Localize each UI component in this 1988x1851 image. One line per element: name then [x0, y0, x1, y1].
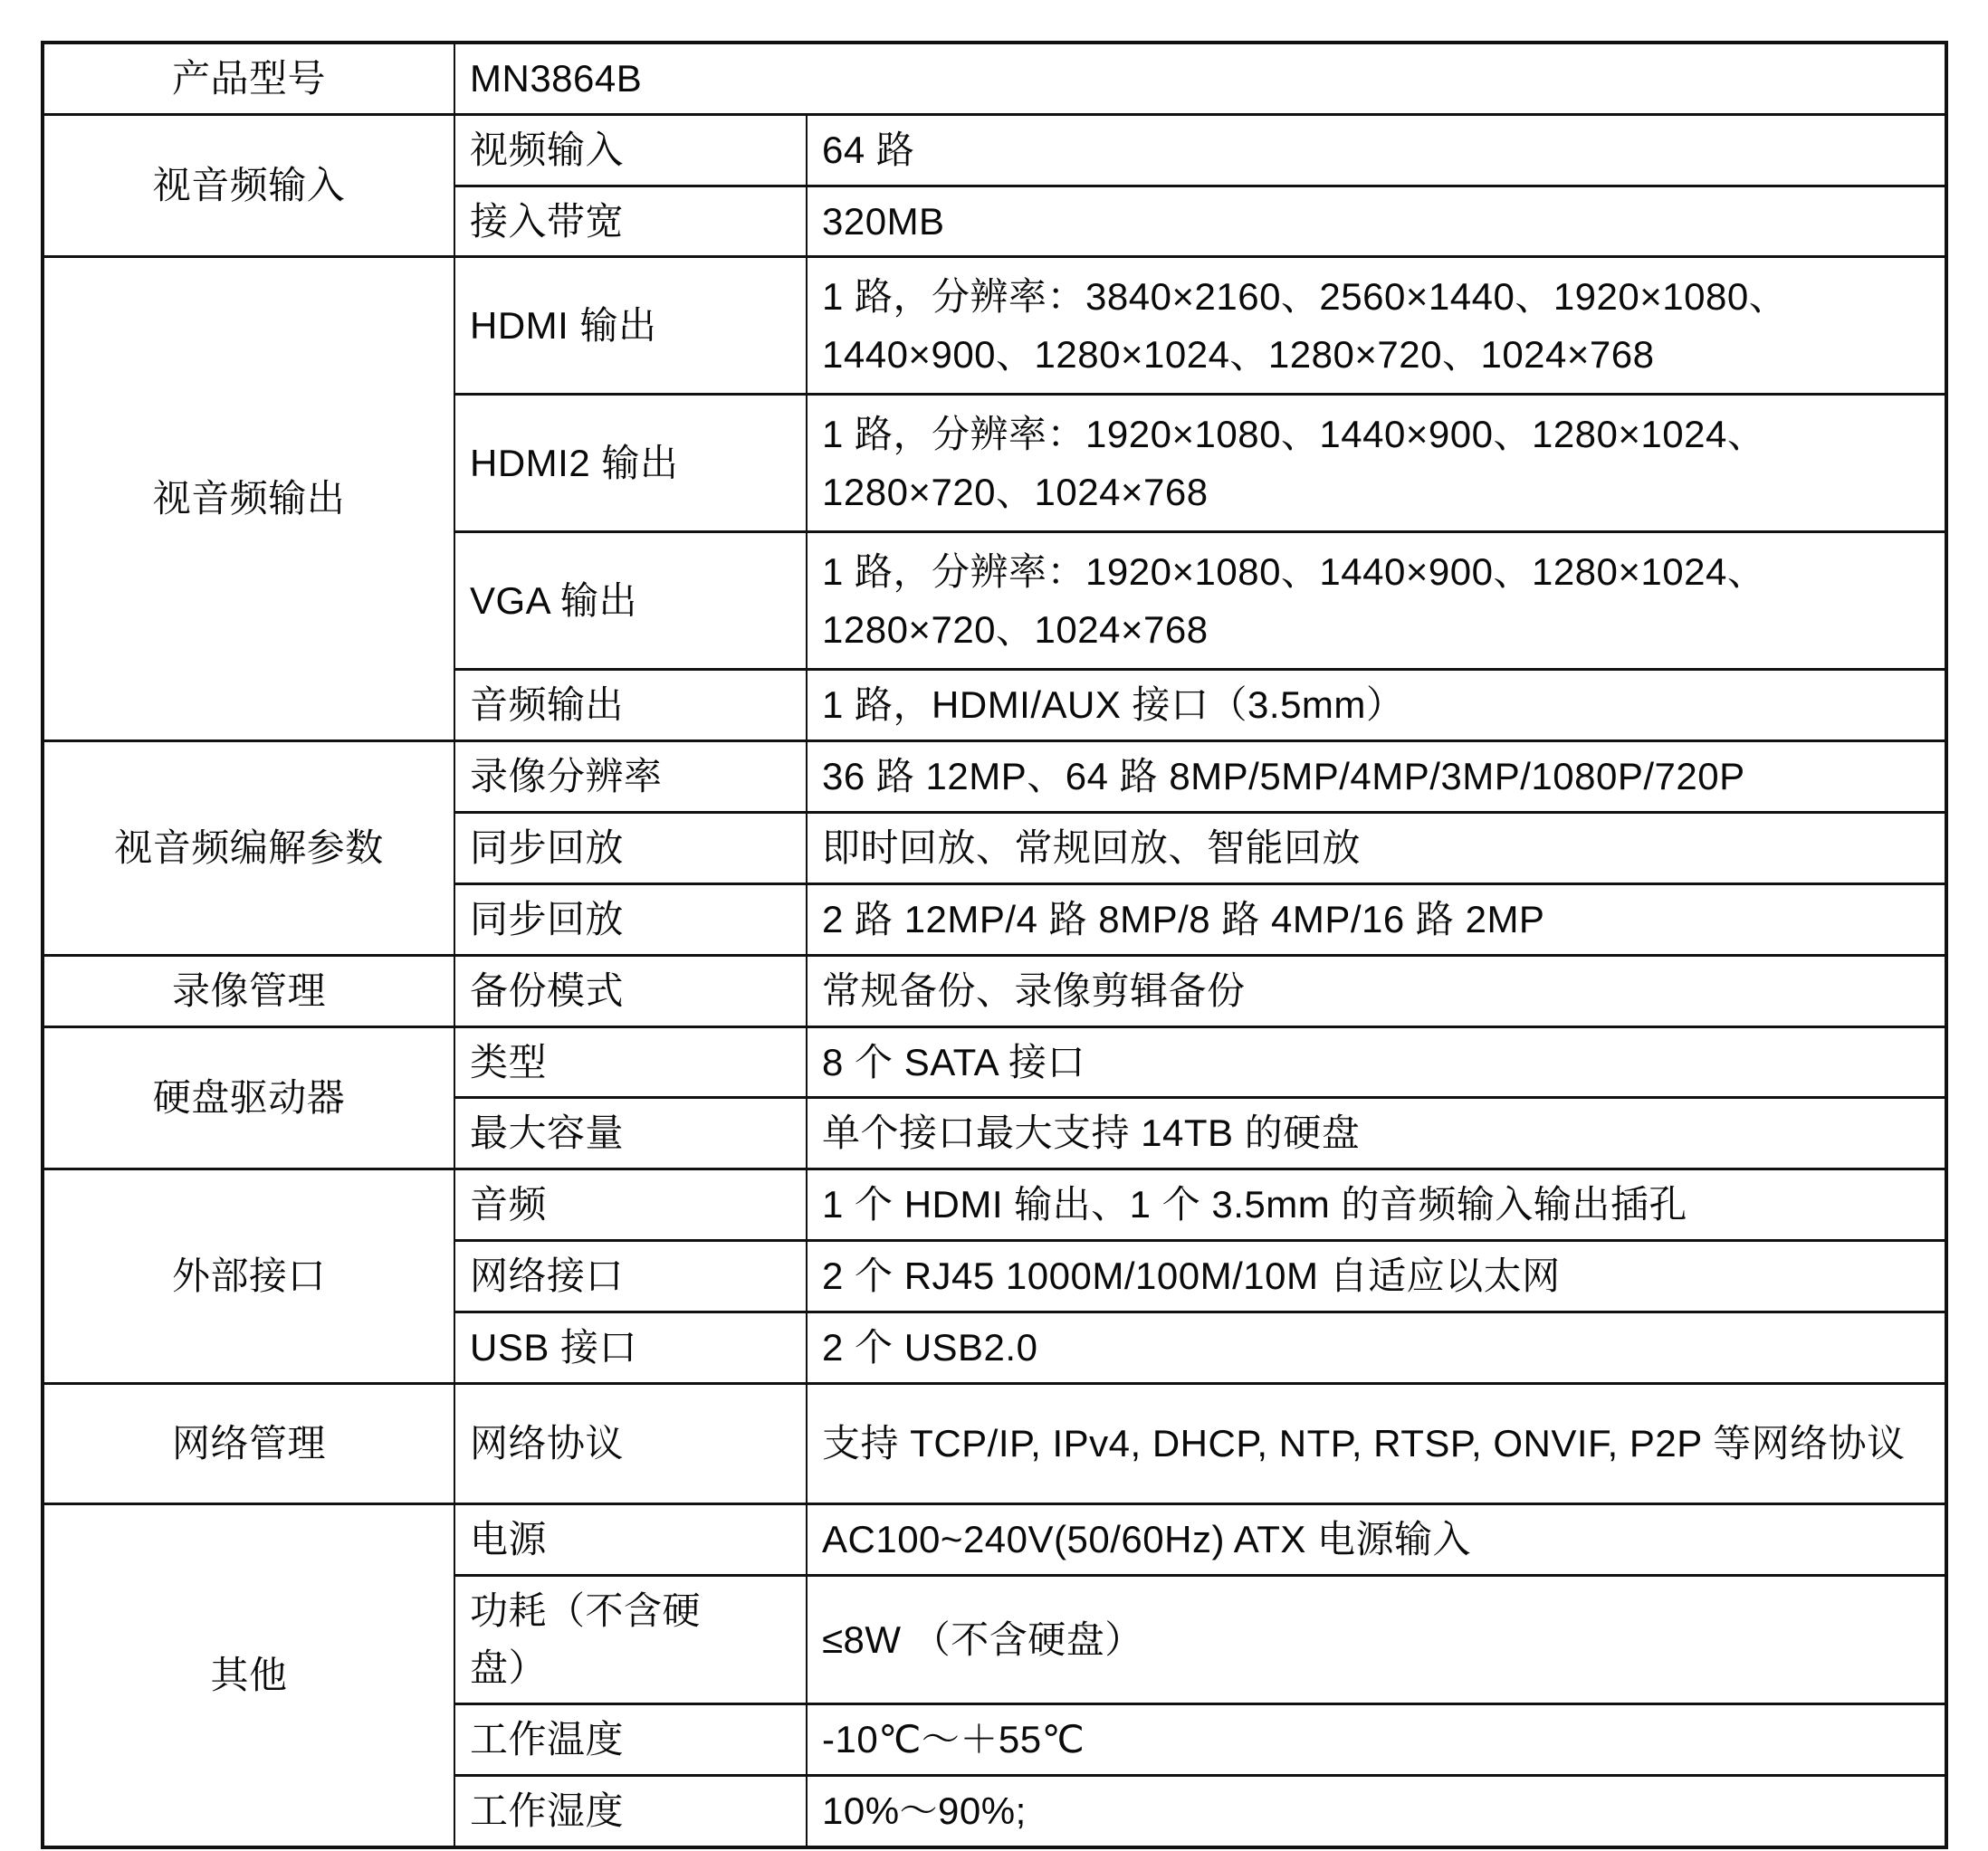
- spec-sheet: 产品型号 MN3864B 视音频输入 视频输入 64 路 接入带宽 320MB …: [41, 41, 1945, 1849]
- category-cell: 硬盘驱动器: [43, 1026, 454, 1169]
- spec-label-cell: 工作温度: [454, 1704, 807, 1776]
- category-cell: 其他: [43, 1503, 454, 1847]
- category-cell: 视音频输入: [43, 114, 454, 257]
- table-row: 网络管理 网络协议 支持 TCP/IP, IPv4, DHCP, NTP, RT…: [43, 1383, 1946, 1503]
- spec-value-cell: 10%～90%;: [807, 1776, 1946, 1847]
- spec-value-cell: 单个接口最大支持 14TB 的硬盘: [807, 1098, 1946, 1169]
- spec-label-cell: 工作湿度: [454, 1776, 807, 1847]
- category-cell: 外部接口: [43, 1169, 454, 1383]
- spec-value-cell: -10℃～＋55℃: [807, 1704, 1946, 1776]
- spec-label-cell: 网络协议: [454, 1383, 807, 1503]
- table-row: 硬盘驱动器 类型 8 个 SATA 接口: [43, 1026, 1946, 1098]
- spec-label-cell: 音频: [454, 1169, 807, 1241]
- category-cell: 网络管理: [43, 1383, 454, 1503]
- spec-label-cell: 音频输出: [454, 670, 807, 741]
- spec-label-cell: 电源: [454, 1503, 807, 1575]
- table-row: 录像管理 备份模式 常规备份、录像剪辑备份: [43, 955, 1946, 1026]
- spec-value-cell: ≤8W （不含硬盘）: [807, 1575, 1946, 1704]
- spec-value-cell: 2 个 RJ45 1000M/100M/10M 自适应以太网: [807, 1241, 1946, 1312]
- spec-label-cell: VGA 输出: [454, 532, 807, 670]
- spec-value-cell: 320MB: [807, 186, 1946, 257]
- spec-value-cell: 36 路 12MP、64 路 8MP/5MP/4MP/3MP/1080P/720…: [807, 741, 1946, 813]
- spec-value-cell: 1 路，HDMI/AUX 接口（3.5mm）: [807, 670, 1946, 741]
- spec-label-cell: 视频输入: [454, 114, 807, 186]
- table-row: 产品型号 MN3864B: [43, 43, 1946, 114]
- spec-value-cell: 8 个 SATA 接口: [807, 1026, 1946, 1098]
- spec-value-cell: 1 个 HDMI 输出、1 个 3.5mm 的音频输入输出插孔: [807, 1169, 1946, 1241]
- spec-label-cell: 录像分辨率: [454, 741, 807, 813]
- spec-value-cell: 1 路，分辨率：1920×1080、1440×900、1280×1024、128…: [807, 532, 1946, 670]
- table-row: 外部接口 音频 1 个 HDMI 输出、1 个 3.5mm 的音频输入输出插孔: [43, 1169, 1946, 1241]
- spec-label-cell: 最大容量: [454, 1098, 807, 1169]
- spec-table: 产品型号 MN3864B 视音频输入 视频输入 64 路 接入带宽 320MB …: [41, 41, 1948, 1849]
- spec-label-cell: 功耗（不含硬 盘）: [454, 1575, 807, 1704]
- spec-value-cell: AC100~240V(50/60Hz) ATX 电源输入: [807, 1503, 1946, 1575]
- spec-label-cell: 备份模式: [454, 955, 807, 1026]
- table-row: 视音频输出 HDMI 输出 1 路，分辨率：3840×2160、2560×144…: [43, 257, 1946, 395]
- spec-value-cell: 支持 TCP/IP, IPv4, DHCP, NTP, RTSP, ONVIF,…: [807, 1383, 1946, 1503]
- spec-label-cell: USB 接口: [454, 1312, 807, 1383]
- table-row: 其他 电源 AC100~240V(50/60Hz) ATX 电源输入: [43, 1503, 1946, 1575]
- spec-label-cell: HDMI2 输出: [454, 395, 807, 532]
- spec-value-cell: 2 个 USB2.0: [807, 1312, 1946, 1383]
- category-cell: 视音频输出: [43, 257, 454, 741]
- category-cell: 录像管理: [43, 955, 454, 1026]
- spec-label-cell: 网络接口: [454, 1241, 807, 1312]
- spec-value-cell: 1 路，分辨率：3840×2160、2560×1440、1920×1080、14…: [807, 257, 1946, 395]
- spec-value-cell: 1 路，分辨率：1920×1080、1440×900、1280×1024、128…: [807, 395, 1946, 532]
- spec-label-cell: 接入带宽: [454, 186, 807, 257]
- table-row: 视音频编解参数 录像分辨率 36 路 12MP、64 路 8MP/5MP/4MP…: [43, 741, 1946, 813]
- spec-value-cell: 64 路: [807, 114, 1946, 186]
- category-cell: 产品型号: [43, 43, 454, 114]
- spec-label-cell: 同步回放: [454, 813, 807, 884]
- category-cell: 视音频编解参数: [43, 741, 454, 955]
- spec-value-cell: 即时回放、常规回放、智能回放: [807, 813, 1946, 884]
- model-value-cell: MN3864B: [454, 43, 1946, 114]
- spec-label-cell: 同步回放: [454, 883, 807, 955]
- spec-value-cell: 2 路 12MP/4 路 8MP/8 路 4MP/16 路 2MP: [807, 883, 1946, 955]
- spec-label-cell: HDMI 输出: [454, 257, 807, 395]
- table-row: 视音频输入 视频输入 64 路: [43, 114, 1946, 186]
- spec-value-cell: 常规备份、录像剪辑备份: [807, 955, 1946, 1026]
- spec-label-cell: 类型: [454, 1026, 807, 1098]
